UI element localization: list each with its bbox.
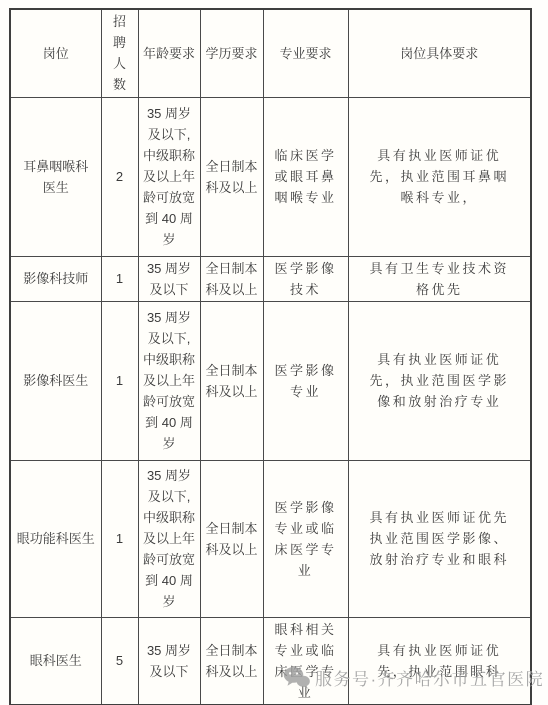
header-education-requirement: 学历要求 — [200, 9, 263, 97]
cell-major: 眼科相关 专业或临 床医学专 业 — [263, 617, 348, 705]
table-row: 眼科医生 5 35 周岁 及以下 全日制本 科及以上 眼科相关 专业或临 床医学… — [10, 617, 531, 705]
header-age-requirement: 年龄要求 — [138, 9, 200, 97]
cell-education: 全日制本 科及以上 — [200, 460, 263, 617]
header-position: 岗位 — [10, 9, 101, 97]
table-header-row: 岗位 招 聘 人 数 年龄要求 学历要求 专业要求 岗位具体要求 — [10, 9, 531, 97]
cell-education: 全日制本 科及以上 — [200, 256, 263, 301]
cell-specific: 具有执业医师证优 先，执业范围眼科 — [348, 617, 531, 705]
cell-major: 医学影像 技术 — [263, 256, 348, 301]
cell-age: 35 周岁 及以下 — [138, 617, 200, 705]
cell-age: 35 周岁 及以下, 中级职称 及以上年 龄可放宽 到 40 周 岁 — [138, 460, 200, 617]
cell-education: 全日制本 科及以上 — [200, 301, 263, 460]
cell-count: 2 — [101, 97, 138, 256]
table-row: 影像科医生 1 35 周岁 及以下, 中级职称 及以上年 龄可放宽 到 40 周… — [10, 301, 531, 460]
cell-age: 35 周岁 及以下, 中级职称 及以上年 龄可放宽 到 40 周 岁 — [138, 97, 200, 256]
cell-specific: 具有执业医师证优 先，执业范围耳鼻咽 喉科专业， — [348, 97, 531, 256]
recruitment-table-page: 岗位 招 聘 人 数 年龄要求 学历要求 专业要求 岗位具体要求 耳鼻咽喉科 医… — [0, 0, 548, 705]
header-specific-requirement: 岗位具体要求 — [348, 9, 531, 97]
header-recruit-count: 招 聘 人 数 — [101, 9, 138, 97]
cell-specific: 具有执业医师证优 先，执业范围医学影 像和放射治疗专业 — [348, 301, 531, 460]
recruitment-table: 岗位 招 聘 人 数 年龄要求 学历要求 专业要求 岗位具体要求 耳鼻咽喉科 医… — [9, 8, 532, 705]
header-major-requirement: 专业要求 — [263, 9, 348, 97]
cell-age: 35 周岁 及以下, 中级职称 及以上年 龄可放宽 到 40 周 岁 — [138, 301, 200, 460]
cell-specific: 具有卫生专业技术资 格优先 — [348, 256, 531, 301]
cell-age: 35 周岁 及以下 — [138, 256, 200, 301]
cell-count: 1 — [101, 460, 138, 617]
cell-major: 临床医学 或眼耳鼻 咽喉专业 — [263, 97, 348, 256]
table-row: 耳鼻咽喉科 医生 2 35 周岁 及以下, 中级职称 及以上年 龄可放宽 到 4… — [10, 97, 531, 256]
cell-position: 影像科医生 — [10, 301, 101, 460]
cell-position: 眼功能科医生 — [10, 460, 101, 617]
cell-position: 耳鼻咽喉科 医生 — [10, 97, 101, 256]
cell-position: 眼科医生 — [10, 617, 101, 705]
cell-major: 医学影像 专业 — [263, 301, 348, 460]
cell-count: 5 — [101, 617, 138, 705]
table-row: 影像科技师 1 35 周岁 及以下 全日制本 科及以上 医学影像 技术 具有卫生… — [10, 256, 531, 301]
cell-count: 1 — [101, 256, 138, 301]
cell-count: 1 — [101, 301, 138, 460]
table-row: 眼功能科医生 1 35 周岁 及以下, 中级职称 及以上年 龄可放宽 到 40 … — [10, 460, 531, 617]
cell-education: 全日制本 科及以上 — [200, 617, 263, 705]
cell-education: 全日制本 科及以上 — [200, 97, 263, 256]
cell-position: 影像科技师 — [10, 256, 101, 301]
cell-specific: 具有执业医师证优先 执业范围医学影像、 放射治疗专业和眼科 — [348, 460, 531, 617]
cell-major: 医学影像 专业或临 床医学专 业 — [263, 460, 348, 617]
